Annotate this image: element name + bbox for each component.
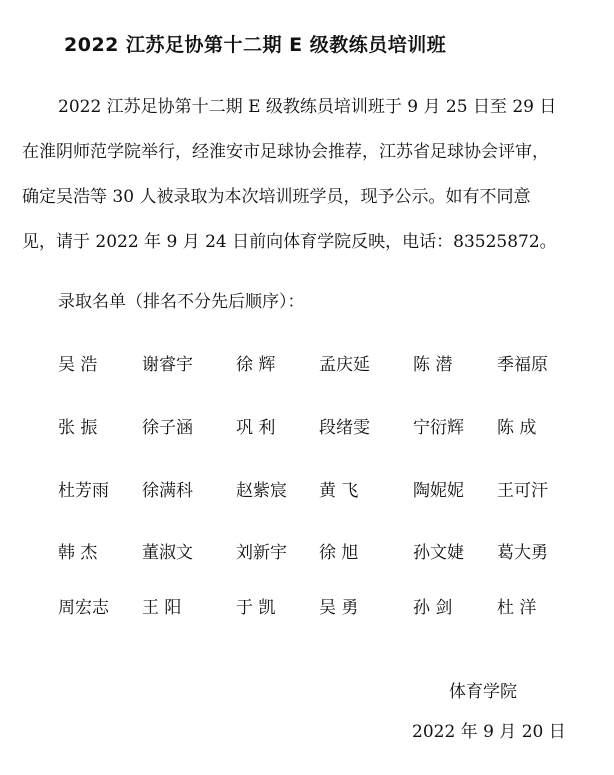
name-entry: 谢睿宇 — [142, 354, 193, 376]
name-entry: 张 振 — [58, 417, 97, 439]
name-entry: 徐满科 — [142, 480, 193, 502]
name-entry: 黄 飞 — [319, 480, 358, 502]
name-entry: 陶妮妮 — [413, 480, 464, 502]
paragraph-line-3: 确定吴浩等 30 人被录取为本次培训班学员，现予公示。如有不同意 — [22, 186, 530, 208]
name-entry: 赵紫宸 — [236, 480, 287, 502]
name-entry: 孟庆延 — [319, 354, 370, 376]
name-entry: 徐 辉 — [236, 354, 275, 376]
name-entry: 周宏志 — [58, 597, 109, 619]
name-entry: 孙文婕 — [413, 542, 464, 564]
name-entry: 王 阳 — [142, 597, 181, 619]
name-entry: 陈 成 — [497, 417, 536, 439]
name-entry: 葛大勇 — [497, 542, 548, 564]
name-entry: 于 凯 — [236, 597, 275, 619]
name-entry: 杜芳雨 — [58, 480, 109, 502]
name-entry: 徐 旭 — [319, 542, 358, 564]
name-entry: 杜 洋 — [497, 597, 536, 619]
name-entry: 吴 浩 — [58, 354, 97, 376]
name-entry: 季福原 — [497, 354, 548, 376]
name-entry: 陈 潜 — [413, 354, 452, 376]
name-entry: 韩 杰 — [58, 542, 97, 564]
admission-list-heading: 录取名单（排名不分先后顺序）： — [58, 291, 305, 313]
name-entry: 宁衍辉 — [413, 417, 464, 439]
document-title: 2022 江苏足协第十二期 E 级教练员培训班 — [64, 33, 446, 57]
signature-date: 2022 年 9 月 20 日 — [412, 721, 566, 743]
name-entry: 巩 利 — [236, 417, 275, 439]
paragraph-line-2: 在淮阴师范学院举行，经淮安市足球协会推荐，江苏省足球协会评审， — [22, 141, 549, 163]
name-entry: 刘新宇 — [236, 542, 287, 564]
name-entry: 吴 勇 — [319, 597, 358, 619]
name-entry: 段绪雯 — [319, 417, 370, 439]
name-entry: 董淑文 — [142, 542, 193, 564]
name-entry: 徐子涵 — [142, 417, 193, 439]
signature-organization: 体育学院 — [449, 681, 517, 703]
name-entry: 王可汗 — [497, 480, 548, 502]
paragraph-line-1: 2022 江苏足协第十二期 E 级教练员培训班于 9 月 25 日至 29 日 — [58, 96, 556, 118]
name-entry: 孙 剑 — [413, 597, 452, 619]
paragraph-line-4: 见，请于 2022 年 9 月 24 日前向体育学院反映，电话：83525872… — [22, 231, 557, 253]
